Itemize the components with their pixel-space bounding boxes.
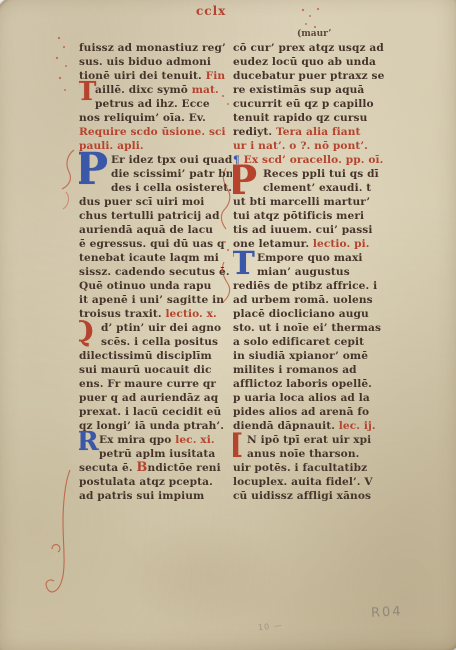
text-segment: placē diocliciano augu: [233, 308, 369, 320]
text-line: dilectissimū disciplīm: [79, 349, 232, 363]
text-segment: Quē otinuo unda rapu: [79, 280, 211, 292]
text-column-left: fuissz ad monastiuz reg’sus. uis biduo a…: [79, 41, 232, 516]
text-segment: mian’ augustus: [257, 266, 350, 278]
text-segment: cucurrit eū qz p capillo: [233, 98, 374, 110]
text-segment: sus. uis biduo admoni: [79, 56, 211, 68]
text-line: qz longi’ iā unda ptrah’.: [79, 419, 232, 433]
text-line: sissz. cadendo secutus ē.: [79, 265, 232, 279]
text-segment: tis ad iuuem. cui’ passi: [233, 224, 372, 236]
text-segment: petrū aplm iusitata: [99, 448, 215, 460]
text-line: p uaria loca alios ad la: [233, 391, 386, 405]
text-line: a solo edificaret cepit: [233, 335, 386, 349]
text-line: afflictoz laboris opellē.: [233, 377, 386, 391]
text-line: re existimās sup aquā: [233, 83, 386, 97]
text-segment: ndictōe reni: [148, 462, 221, 474]
text-segment: anus noīe tharson.: [247, 448, 359, 460]
text-segment: Ex mira qpo: [99, 434, 175, 446]
text-segment: clement’ exaudi. t: [263, 182, 371, 194]
text-segment: Ex scd’ oracello. pp. oī.: [244, 154, 384, 166]
text-line: in siudiā xpianor’ omē: [233, 349, 386, 363]
text-segment: tenuit rapido qz cursu: [233, 112, 367, 124]
text-segment: it apenē i uni’ sagitte in: [79, 294, 224, 306]
text-line: eudez locū quo ab unda: [233, 55, 386, 69]
text-segment: auriendā aquā de lacu: [79, 224, 213, 236]
text-line: ē egressus. qui dū uas q: [79, 237, 232, 251]
text-segment: dilectissimū disciplīm: [79, 350, 212, 362]
text-segment: tenebat icaute laqm mi: [79, 252, 219, 264]
text-segment: uir potēs. i facultatibz: [233, 462, 367, 474]
text-line: sui maurū uocauit dic: [79, 363, 232, 377]
text-line: dus puer scī uiri moi: [79, 195, 232, 209]
drop-cap-initial: T: [233, 249, 255, 278]
text-segment: in siudiā xpianor’ omē: [233, 350, 368, 362]
text-line: placē diocliciano augu: [233, 307, 386, 321]
text-segment: nos reliquim’ oīa. Ev.: [79, 112, 206, 124]
text-segment: postulata atqz pcepta.: [79, 476, 213, 488]
text-segment: scēs. i cella positus: [101, 336, 218, 348]
text-segment: qz longi’ iā unda ptrah’.: [79, 420, 224, 432]
text-segment: d’ ptin’ uir dei agno: [101, 322, 221, 334]
text-segment: a solo edificaret cepit: [233, 336, 364, 348]
text-segment: secuta ē.: [79, 462, 136, 474]
text-segment: B: [136, 460, 147, 475]
text-line: it apenē i uni’ sagitte in: [79, 293, 232, 307]
text-segment: cō cur’ prex atqz usqz ad: [233, 42, 384, 54]
text-line: scēs. i cella positus: [79, 335, 232, 349]
text-segment: afflictoz laboris opellē.: [233, 378, 372, 390]
text-line: Require scdo ūsione. sci: [79, 125, 232, 139]
text-segment: ad patris sui impium: [79, 490, 204, 502]
text-line: sto. ut i noīe ei’ thermas: [233, 321, 386, 335]
text-segment: prexat. i lacū cecidit eū: [79, 406, 221, 418]
text-line: ad urbem romā. uolens: [233, 293, 386, 307]
text-segment: Fin: [206, 70, 226, 82]
text-line: Ex mira qpo lec. xi.: [79, 433, 232, 447]
text-segment: re existimās sup aquā: [233, 84, 364, 96]
text-line: locuplex. auita fidel’. V: [233, 475, 386, 489]
text-segment: sui maurū uocauit dic: [79, 364, 212, 376]
text-segment: tionē uiri dei tenuit.: [79, 70, 206, 82]
text-line: N ipō tpī erat uir xpi: [233, 433, 386, 447]
text-line: auriendā aquā de lacu: [79, 223, 232, 237]
text-line: cucurrit eū qz p capillo: [233, 97, 386, 111]
text-line: ens. Fr maure curre qr: [79, 377, 232, 391]
text-segment: ens. Fr maure curre qr: [79, 378, 216, 390]
text-segment: ur i nat’. o ?. nō pont’.: [233, 140, 368, 152]
text-segment: Er idez tpx oui quadā: [111, 154, 232, 166]
text-line: tenuit rapido qz cursu: [233, 111, 386, 125]
marginal-note: (maur’: [297, 29, 331, 39]
text-line: mian’ augustus: [233, 265, 386, 279]
text-column-right: cō cur’ prex atqz usqz adeudez locū quo …: [233, 41, 386, 516]
text-segment: Empore quo maxi: [257, 252, 363, 264]
text-line: ur i nat’. o ?. nō pont’.: [233, 139, 386, 153]
text-segment: eudez locū quo ab unda: [233, 56, 376, 68]
text-line: Quē otinuo unda rapu: [79, 279, 232, 293]
text-segment: tui atqz pōtificis meri: [233, 210, 364, 222]
text-line: d’ ptin’ uir dei agno: [79, 321, 232, 335]
text-segment: dus puer scī uiri moi: [79, 196, 204, 208]
text-segment: die scissimi’ patr bni: [111, 168, 232, 180]
text-line: aillē. dixc symō mat.: [79, 83, 232, 97]
text-segment: des i cella osisteret. placi: [111, 182, 232, 194]
text-line: uir potēs. i facultatibz: [233, 461, 386, 475]
text-segment: locuplex. auita fidel’. V: [233, 476, 373, 488]
text-line: one letamur. lectio. pi.: [233, 237, 386, 251]
drop-cap-initial: R: [79, 431, 99, 455]
text-segment: lectio. x.: [165, 308, 216, 320]
text-segment: cū uidissz affligi xānos: [233, 490, 371, 502]
text-line: fuissz ad monastiuz reg’: [79, 41, 232, 55]
pencil-inscription: R04: [371, 604, 403, 621]
text-segment: chus tertulli patricij ad: [79, 210, 220, 222]
text-segment: Require scdo ūsione. sci: [79, 126, 226, 138]
text-line: petrus ad ihz. Ecce: [79, 97, 232, 111]
text-line: diendā dāpnauit. lec. ij.: [233, 419, 386, 433]
drop-cap-initial: P: [79, 150, 108, 190]
text-line: postulata atqz pcepta.: [79, 475, 232, 489]
text-line: cō cur’ prex atqz usqz ad: [233, 41, 386, 55]
text-segment: Tera alia fiant: [276, 126, 361, 138]
text-line: anus noīe tharson.: [233, 447, 386, 461]
text-line: ad patris sui impium: [79, 489, 232, 503]
text-line: Empore quo maxi: [233, 251, 386, 265]
text-segment: ad urbem romā. uolens: [233, 294, 373, 306]
text-segment: diendā dāpnauit.: [233, 420, 339, 432]
text-segment: aillē. dixc symō: [95, 84, 192, 96]
text-line: rediēs de ptibz affrice. i: [233, 279, 386, 293]
drop-cap-initial: I: [233, 431, 243, 462]
text-segment: lec. xi.: [175, 434, 214, 446]
text-line: pides alios ad arenā fo: [233, 405, 386, 419]
text-segment: pides alios ad arenā fo: [233, 406, 369, 418]
text-segment: petrus ad ihz. Ecce: [95, 98, 210, 110]
text-line: tis ad iuuem. cui’ passi: [233, 223, 386, 237]
text-line: secuta ē. Bndictōe reni: [79, 461, 232, 475]
text-segment: sissz. cadendo secutus ē.: [79, 266, 230, 278]
drop-cap-initial: P: [233, 163, 257, 200]
text-line: milites i romanos ad: [233, 363, 386, 377]
text-line: tui atqz pōtificis meri: [233, 209, 386, 223]
text-segment: puer q ad auriendāz aq: [79, 392, 218, 404]
drop-cap-initial: T: [79, 81, 96, 105]
text-segment: p uaria loca alios ad la: [233, 392, 370, 404]
text-segment: ducebatur puer ptraxz se i: [233, 70, 386, 82]
text-line: troisus traxit. lectio. x.: [79, 307, 232, 321]
text-segment: sto. ut i noīe ei’ thermas: [233, 322, 381, 334]
text-line: ducebatur puer ptraxz se i: [233, 69, 386, 83]
text-line: prexat. i lacū cecidit eū: [79, 405, 232, 419]
text-segment: mat.: [192, 84, 219, 96]
folio-number: cclx: [196, 4, 276, 18]
text-line: chus tertulli patricij ad: [79, 209, 232, 223]
text-line: tenebat icaute laqm mi: [79, 251, 232, 265]
text-line: tionē uiri dei tenuit. Fin: [79, 69, 232, 83]
text-segment: milites i romanos ad: [233, 364, 357, 376]
text-segment: ē egressus. qui dū uas q: [79, 238, 225, 250]
text-line: cū uidissz affligi xānos: [233, 489, 386, 503]
text-segment: lectio. pi.: [313, 238, 370, 250]
text-line: nos reliquim’ oīa. Ev.: [79, 111, 232, 125]
text-line: sus. uis biduo admoni: [79, 55, 232, 69]
text-segment: Reces ppli tui qs dī: [263, 168, 379, 180]
text-line: petrū aplm iusitata: [79, 447, 232, 461]
text-segment: fuissz ad monastiuz reg’: [79, 42, 226, 54]
text-segment: N ipō tpī erat uir xpi: [247, 434, 371, 446]
text-segment: rediyt.: [233, 126, 276, 138]
manuscript-photo: cclx (maur’ fuissz ad monastiuz reg’sus.…: [0, 0, 456, 650]
drop-cap-initial: Q: [79, 319, 93, 345]
text-line: rediyt. Tera alia fiant: [233, 125, 386, 139]
text-segment: lec. ij.: [339, 420, 376, 432]
text-line: puer q ad auriendāz aq: [79, 391, 232, 405]
